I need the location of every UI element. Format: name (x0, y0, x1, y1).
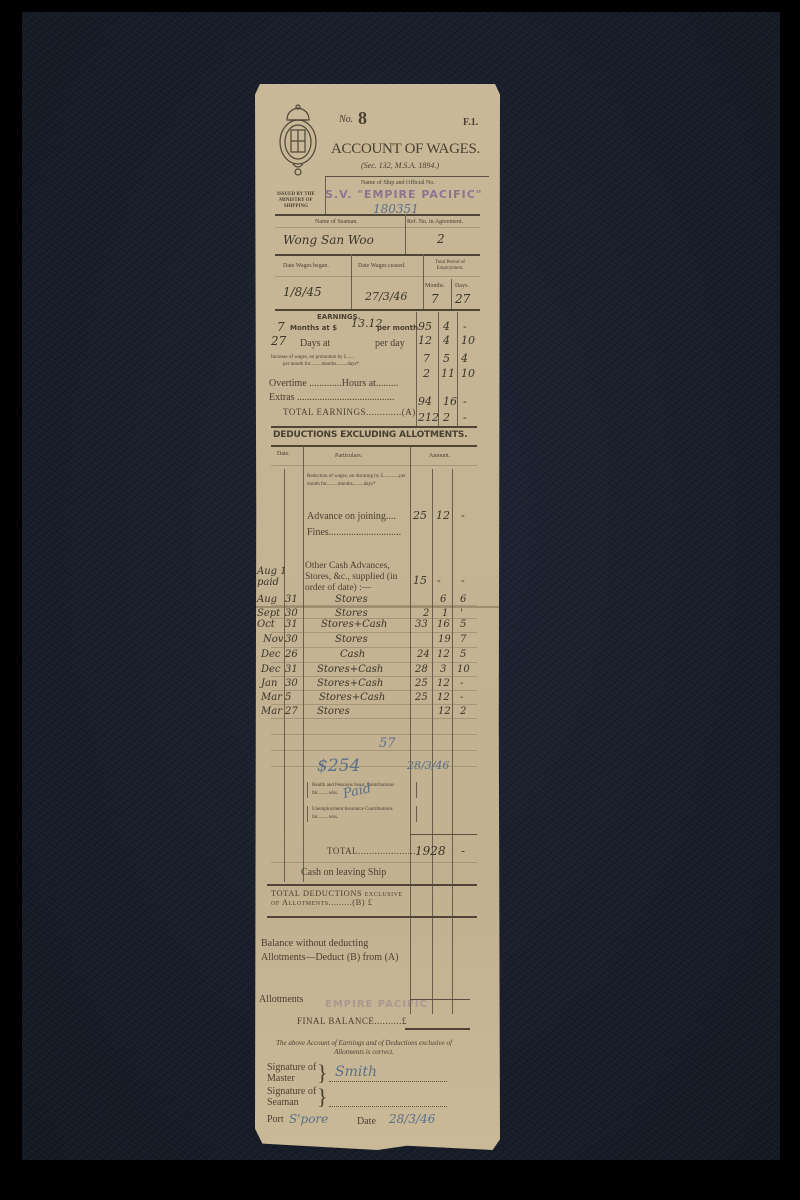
rule (271, 690, 477, 691)
divider (351, 254, 352, 309)
item-d: - (460, 692, 463, 703)
item-particular: Stores+Cash (321, 619, 387, 630)
fines-label: Fines............................. (307, 527, 401, 538)
date-label: Date (357, 1116, 376, 1127)
period-days: 27 (455, 292, 470, 306)
item-particular: Stores+Cash (317, 664, 383, 675)
divider (275, 276, 480, 277)
seaman-name-label: Name of Seaman. (315, 219, 358, 225)
divider (423, 254, 424, 309)
form-code: F.1. (463, 117, 478, 128)
form-title: ACCOUNT OF WAGES. (331, 141, 480, 158)
annotation-fraction: 57 (379, 736, 396, 751)
rule (271, 862, 477, 863)
seaman-name: Wong San Woo (283, 233, 374, 247)
item-particular: Stores (317, 706, 350, 717)
divider (432, 469, 433, 1014)
item-l: 33 (415, 619, 428, 630)
master-signature-label: Signature of Master (267, 1062, 317, 1084)
total-earnings-s: 2 (443, 411, 450, 424)
total-earnings-l: 212 (418, 411, 439, 424)
item-d: - (460, 678, 463, 689)
deductions-total-d: - (461, 844, 465, 858)
other-l: 15 (413, 574, 427, 587)
rule (271, 718, 477, 719)
divider (275, 309, 480, 311)
item-month: Mar (261, 706, 282, 717)
item-d: 6 (460, 594, 466, 605)
ship-label: Name of Ship and Official No. (361, 180, 435, 186)
item-particular: Stores (335, 594, 368, 605)
divider (275, 214, 480, 216)
advance-l: 25 (413, 509, 427, 522)
divider (271, 465, 477, 466)
extras-label: Extras .................................… (269, 392, 395, 403)
divider (410, 446, 411, 1014)
date-ceased-label: Date Wages ceased. (358, 263, 406, 269)
item-particular: Stores+Cash (317, 678, 383, 689)
item-d: 7 (460, 634, 466, 645)
item-month: Dec (261, 664, 281, 675)
other-advances-label: Other Cash Advances, Stores, &c., suppli… (305, 561, 409, 594)
rule (271, 676, 477, 677)
earn-l: 7 (423, 352, 430, 365)
divider (267, 916, 477, 918)
item-month: Nov (263, 634, 283, 645)
divider (271, 426, 477, 428)
rule (271, 618, 477, 619)
divider (325, 176, 489, 177)
rule (271, 662, 477, 663)
wage-account-form: No. 8 F.1. ACCOUNT OF WAGES. (Sec. 132, … (255, 84, 500, 1150)
divider (452, 469, 453, 1014)
ref-number: 2 (437, 232, 445, 246)
months-at-label: Months at $ (290, 324, 337, 332)
item-day: 26 (285, 649, 298, 660)
master-signature: Smith (335, 1064, 377, 1080)
rule (271, 750, 477, 751)
total-earnings-d: - (463, 411, 467, 424)
divider (267, 884, 477, 886)
advance-d: - (461, 509, 465, 522)
total-earnings-label: TOTAL EARNINGS.............(A) (283, 407, 416, 417)
other-s: - (437, 574, 441, 587)
deductions-total-s: 8 (438, 844, 446, 858)
item-s: 12 (438, 706, 451, 717)
form-number-prefix: No. (339, 114, 353, 125)
earn-d: - (463, 320, 467, 333)
item-s: 6 (440, 594, 446, 605)
earn-l: 12 (418, 334, 432, 347)
earn-l: 95 (418, 320, 432, 333)
divider (275, 254, 480, 256)
divider (405, 1028, 470, 1030)
rule (271, 734, 477, 735)
item-day: 27 (285, 706, 298, 717)
declaration-text: The above Account of Earnings and of Ded… (269, 1039, 459, 1057)
date-value: 28/3/46 (389, 1112, 435, 1126)
divider (410, 999, 470, 1000)
increase-label: Increase of wages, on promotion by £....… (271, 354, 411, 368)
date-began: 1/8/45 (283, 285, 322, 299)
balance-label: Balance without deducting Allotments—Ded… (261, 937, 401, 965)
date-ceased: 27/3/46 (365, 290, 407, 303)
health-insurance-label: Health and Pensions Insur. Contributions… (307, 782, 417, 798)
days-at-label: Days at (300, 338, 330, 349)
issued-by: ISSUED BY THE MINISTRY OF SHIPPING (277, 192, 315, 210)
item-month: Oct (257, 619, 275, 630)
divider (405, 214, 406, 254)
item-s: 12 (437, 678, 450, 689)
item-l: 28 (415, 664, 428, 675)
months-label: Months. (425, 283, 445, 289)
port-label: Port (267, 1114, 284, 1125)
rule (271, 704, 477, 705)
item-month: Aug (257, 594, 277, 605)
item-s: 19 (438, 634, 451, 645)
earn-d: 10 (461, 367, 475, 380)
seaman-signature-line (329, 1106, 447, 1107)
unemployment-insurance-label: Unemployment Insurance Contributions for… (307, 806, 417, 822)
days-count: 27 (271, 334, 286, 348)
col-particulars: Particulars. (335, 453, 362, 459)
rule (271, 632, 477, 633)
col-amount: Amount. (429, 453, 450, 459)
item-s: 12 (437, 649, 450, 660)
item-day: 30 (285, 634, 298, 645)
royal-crest-icon (277, 104, 319, 190)
item-day: 30 (285, 678, 298, 689)
ref-label: Ref. No. in Agreement. (407, 219, 463, 225)
earn-s: 16 (443, 395, 457, 408)
deductions-heading: DEDUCTIONS EXCLUDING ALLOTMENTS. (273, 430, 467, 440)
earn-s: 5 (443, 352, 450, 365)
divider (303, 446, 304, 882)
allotments-label: Allotments (259, 994, 303, 1005)
col-date: Date. (277, 451, 290, 457)
earn-d: - (463, 395, 467, 408)
ship-name-stamp: S.V. "EMPIRE PACIFIC" (325, 188, 483, 201)
item-s: 3 (440, 664, 446, 675)
earn-l: 94 (418, 395, 432, 408)
total-deductions-excl-label: TOTAL DEDUCTIONS exclusive of Allotments… (271, 889, 411, 907)
item-l: 24 (417, 649, 430, 660)
annotation-date: 28/3/46 (407, 759, 449, 772)
form-number: 8 (358, 108, 367, 129)
brace-icon: } (317, 1086, 328, 1108)
date-began-label: Date Wages began. (283, 263, 329, 269)
faded-ship-stamp: EMPIRE PACIFIC (325, 999, 428, 1010)
form-subtitle: (Sec. 132, M.S.A. 1894.) (361, 161, 439, 170)
item-s: 12 (437, 692, 450, 703)
master-signature-line (329, 1081, 447, 1082)
per-day-label: per day (375, 338, 405, 349)
advance-s: 12 (436, 509, 450, 522)
divider (457, 312, 458, 428)
earn-d: 10 (461, 334, 475, 347)
seaman-signature-label: Signature of Seaman (267, 1086, 317, 1108)
item-month: Jan (261, 678, 277, 689)
period-months: 7 (431, 292, 439, 306)
brace-icon: } (317, 1062, 328, 1084)
deductions-total-l: 192 (415, 844, 438, 858)
deductions-total-label: TOTAL..................... (327, 846, 416, 856)
earn-d: 4 (461, 352, 468, 365)
item-month: Dec (261, 649, 281, 660)
earn-s: 4 (443, 320, 450, 333)
item-d: 5 (460, 619, 466, 630)
divider (271, 445, 477, 447)
port-value: S'pore (289, 1112, 328, 1126)
divider (451, 279, 452, 309)
rule (271, 605, 477, 606)
item-day: 5 (285, 692, 291, 703)
earn-l: 2 (423, 367, 430, 380)
rule (271, 647, 477, 648)
overtime-label: Overtime .............Hours at......... (269, 378, 398, 389)
earn-s: 11 (441, 367, 455, 380)
reduction-label: Reduction of wages, on disrating by £...… (307, 473, 407, 489)
item-particular: Cash (340, 649, 365, 660)
item-d: 2 (460, 706, 466, 717)
advance-label: Advance on joining.... (307, 511, 396, 522)
cash-leaving-ship-label: Cash on leaving Ship (301, 867, 386, 878)
item-d: 10 (457, 664, 470, 675)
item-s: 16 (437, 619, 450, 630)
item-particular: Stores+Cash (319, 692, 385, 703)
period-label: Total Period of Employment. (425, 260, 475, 272)
earn-s: 4 (443, 334, 450, 347)
annotation-amount: $254 (317, 756, 360, 776)
other-d: - (461, 574, 465, 587)
item-l: 25 (415, 692, 428, 703)
item-l: 25 (415, 678, 428, 689)
divider (275, 227, 480, 228)
final-balance-label: FINAL BALANCE..........£ (297, 1016, 407, 1026)
item-day: 31 (285, 664, 298, 675)
months-count: 7 (277, 320, 285, 334)
item-d: 5 (460, 649, 466, 660)
item-day: 31 (285, 619, 298, 630)
other-note: Aug 1 paid (257, 566, 303, 588)
item-month: Mar (261, 692, 282, 703)
divider (411, 834, 477, 835)
item-day: 31 (285, 594, 298, 605)
item-particular: Stores (335, 634, 368, 645)
per-month-label: per month (377, 324, 418, 332)
days-label: Days. (455, 283, 469, 289)
